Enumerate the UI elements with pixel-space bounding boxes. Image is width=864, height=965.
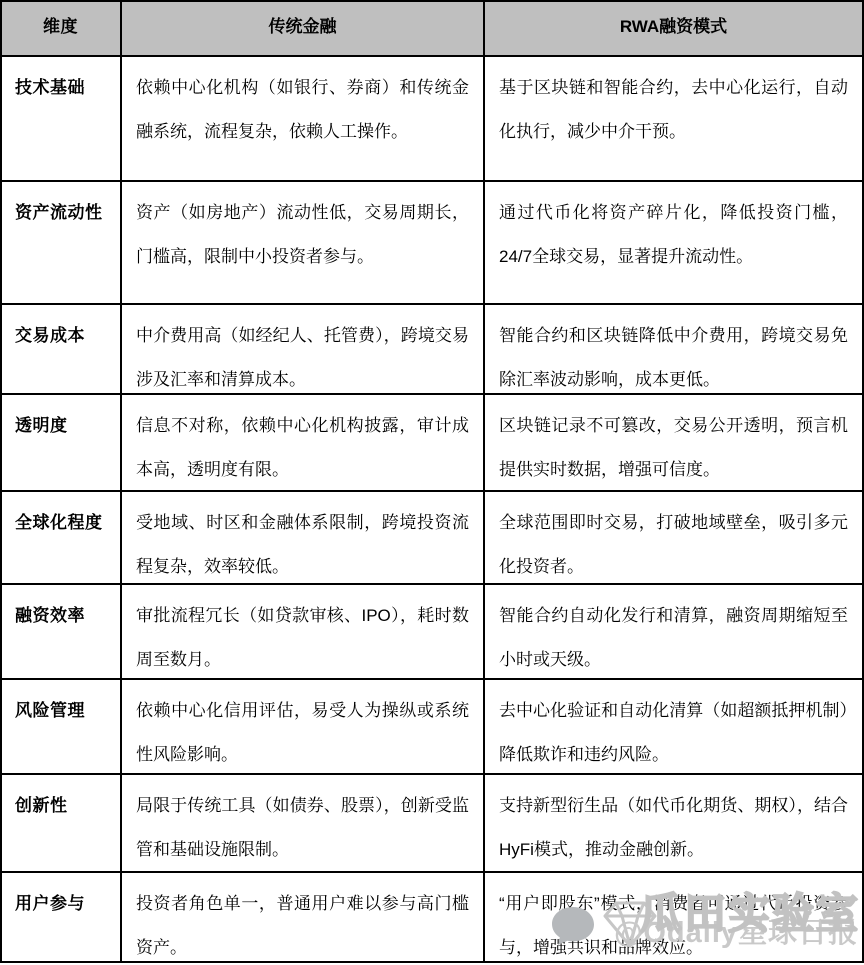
rwa-cell: 通过代币化将资产碎片化，降低投资门槛，24/7全球交易，显著提升流动性。 xyxy=(485,182,862,303)
table-header-row: 维度 传统金融 RWA融资模式 xyxy=(2,2,862,57)
rwa-cell: 智能合约和区块链降低中介费用，跨境交易免除汇率波动影响，成本更低。 xyxy=(485,305,862,393)
traditional-cell: 依赖中心化信用评估，易受人为操纵或系统性风险影响。 xyxy=(122,680,485,773)
header-dimension: 维度 xyxy=(2,2,122,55)
traditional-cell: 投资者角色单一，普通用户难以参与高门槛资产。 xyxy=(122,873,485,961)
traditional-cell: 资产（如房地产）流动性低，交易周期长，门槛高，限制中小投资者参与。 xyxy=(122,182,485,303)
traditional-cell: 受地域、时区和金融体系限制，跨境投资流程复杂，效率较低。 xyxy=(122,492,485,583)
rwa-cell: 基于区块链和智能合约，去中心化运行，自动化执行，减少中介干预。 xyxy=(485,57,862,180)
table-row: 风险管理 依赖中心化信用评估，易受人为操纵或系统性风险影响。 去中心化验证和自动… xyxy=(2,680,862,775)
table-row: 资产流动性 资产（如房地产）流动性低，交易周期长，门槛高，限制中小投资者参与。 … xyxy=(2,182,862,305)
dimension-cell: 透明度 xyxy=(2,395,122,490)
traditional-cell: 信息不对称，依赖中心化机构披露，审计成本高，透明度有限。 xyxy=(122,395,485,490)
rwa-cell: 全球范围即时交易，打破地域壁垒，吸引多元化投资者。 xyxy=(485,492,862,583)
table-row: 全球化程度 受地域、时区和金融体系限制，跨境投资流程复杂，效率较低。 全球范围即… xyxy=(2,492,862,585)
table-row: 融资效率 审批流程冗长（如贷款审核、IPO），耗时数周至数月。 智能合约自动化发… xyxy=(2,585,862,680)
table-row: 透明度 信息不对称，依赖中心化机构披露，审计成本高，透明度有限。 区块链记录不可… xyxy=(2,395,862,492)
rwa-cell: 智能合约自动化发行和清算，融资周期缩短至小时或天级。 xyxy=(485,585,862,678)
header-traditional-finance: 传统金融 xyxy=(122,2,485,55)
dimension-cell: 交易成本 xyxy=(2,305,122,393)
header-rwa-model: RWA融资模式 xyxy=(485,2,862,55)
comparison-table: 维度 传统金融 RWA融资模式 技术基础 依赖中心化机构（如银行、券商）和传统金… xyxy=(0,0,864,963)
dimension-cell: 资产流动性 xyxy=(2,182,122,303)
table-row: 技术基础 依赖中心化机构（如银行、券商）和传统金融系统，流程复杂，依赖人工操作。… xyxy=(2,57,862,182)
rwa-cell: 支持新型衍生品（如代币化期货、期权），结合HyFi模式，推动金融创新。 xyxy=(485,775,862,871)
dimension-cell: 风险管理 xyxy=(2,680,122,773)
dimension-cell: 融资效率 xyxy=(2,585,122,678)
table-row: 创新性 局限于传统工具（如债券、股票），创新受监管和基础设施限制。 支持新型衍生… xyxy=(2,775,862,873)
table-row: 交易成本 中介费用高（如经纪人、托管费），跨境交易涉及汇率和清算成本。 智能合约… xyxy=(2,305,862,395)
dimension-cell: 用户参与 xyxy=(2,873,122,961)
table-row: 用户参与 投资者角色单一，普通用户难以参与高门槛资产。 “用户即股东”模式，消费… xyxy=(2,873,862,961)
traditional-cell: 中介费用高（如经纪人、托管费），跨境交易涉及汇率和清算成本。 xyxy=(122,305,485,393)
dimension-cell: 全球化程度 xyxy=(2,492,122,583)
rwa-cell: 去中心化验证和自动化清算（如超额抵押机制）降低欺诈和违约风险。 xyxy=(485,680,862,773)
rwa-cell: “用户即股东”模式，消费者可通过代币投资参与，增强共识和品牌效应。 xyxy=(485,873,862,961)
dimension-cell: 技术基础 xyxy=(2,57,122,180)
rwa-cell: 区块链记录不可篡改，交易公开透明，预言机提供实时数据，增强可信度。 xyxy=(485,395,862,490)
traditional-cell: 依赖中心化机构（如银行、券商）和传统金融系统，流程复杂，依赖人工操作。 xyxy=(122,57,485,180)
traditional-cell: 局限于传统工具（如债券、股票），创新受监管和基础设施限制。 xyxy=(122,775,485,871)
traditional-cell: 审批流程冗长（如贷款审核、IPO），耗时数周至数月。 xyxy=(122,585,485,678)
dimension-cell: 创新性 xyxy=(2,775,122,871)
